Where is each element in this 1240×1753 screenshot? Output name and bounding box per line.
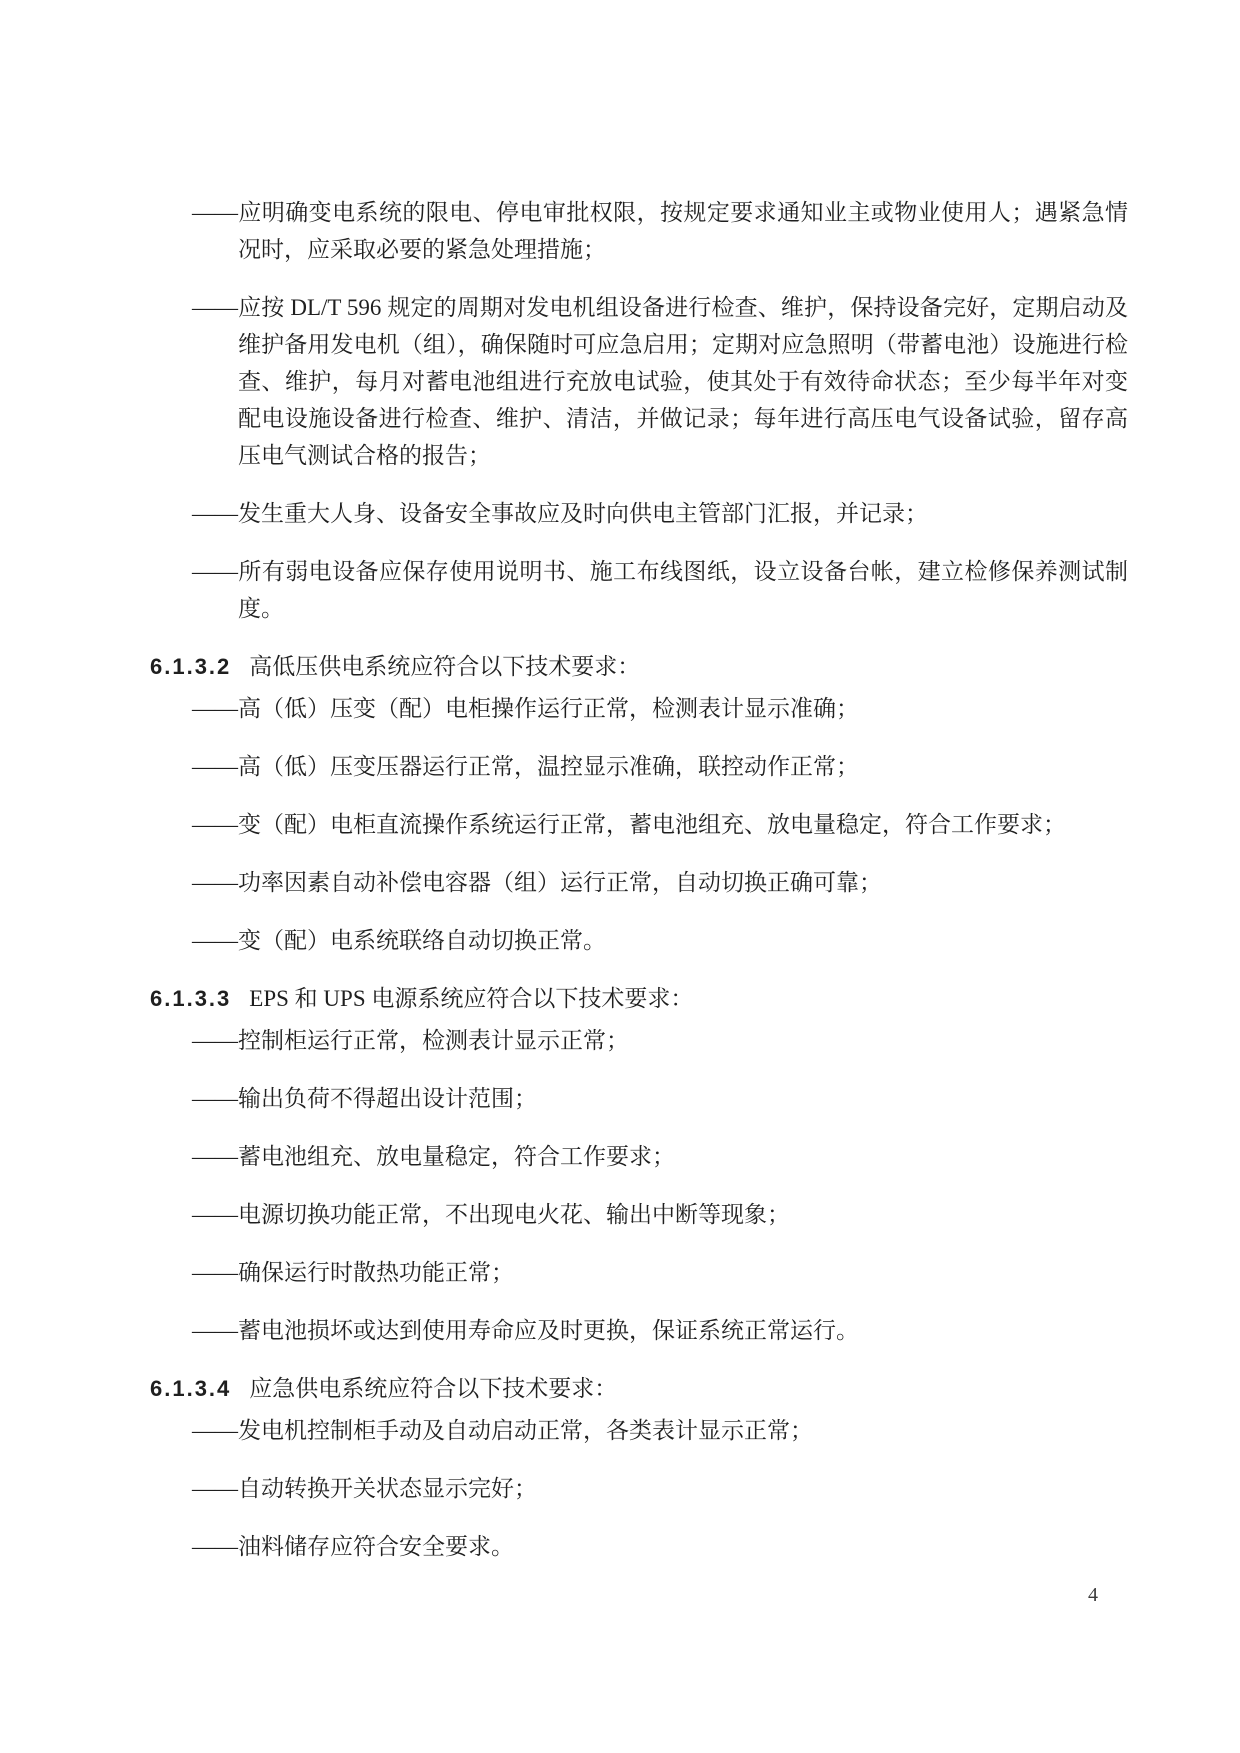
- list-item: ——确保运行时散热功能正常；: [192, 1254, 1128, 1291]
- document-page: ——应明确变电系统的限电、停电审批权限，按规定要求通知业主或物业使用人；遇紧急情…: [0, 0, 1240, 1753]
- section-number: 6.1.3.3: [150, 986, 231, 1011]
- section-number: 6.1.3.2: [150, 654, 231, 679]
- list-item: ——所有弱电设备应保存使用说明书、施工布线图纸，设立设备台帐，建立检修保养测试制…: [192, 553, 1128, 627]
- list-item: ——高（低）压变压器运行正常，温控显示准确，联控动作正常；: [192, 748, 1128, 785]
- list-item: ——应明确变电系统的限电、停电审批权限，按规定要求通知业主或物业使用人；遇紧急情…: [192, 194, 1128, 268]
- list-item: ——高（低）压变（配）电柜操作运行正常，检测表计显示准确；: [192, 690, 1128, 727]
- list-item: ——发生重大人身、设备安全事故应及时向供电主管部门汇报，并记录；: [192, 495, 1128, 532]
- heading-6-1-3-2: 6.1.3.2高低压供电系统应符合以下技术要求：: [150, 648, 1128, 685]
- section-number: 6.1.3.4: [150, 1376, 231, 1401]
- list-item: ——发电机控制柜手动及自动启动正常，各类表计显示正常；: [192, 1412, 1128, 1449]
- section-title: 应急供电系统应符合以下技术要求：: [249, 1376, 617, 1401]
- list-item: ——应按 DL/T 596 规定的周期对发电机组设备进行检查、维护，保持设备完好…: [192, 289, 1128, 474]
- list-item: ——输出负荷不得超出设计范围；: [192, 1080, 1128, 1117]
- list-item: ——蓄电池组充、放电量稳定，符合工作要求；: [192, 1138, 1128, 1175]
- list-item: ——功率因素自动补偿电容器（组）运行正常，自动切换正确可靠；: [192, 864, 1128, 901]
- document-body: ——应明确变电系统的限电、停电审批权限，按规定要求通知业主或物业使用人；遇紧急情…: [150, 194, 1128, 1565]
- list-item: ——电源切换功能正常，不出现电火花、输出中断等现象；: [192, 1196, 1128, 1233]
- section-title: 高低压供电系统应符合以下技术要求：: [249, 654, 640, 679]
- page-number: 4: [1088, 1583, 1098, 1607]
- list-item: ——变（配）电系统联络自动切换正常。: [192, 922, 1128, 959]
- list-item: ——控制柜运行正常，检测表计显示正常；: [192, 1022, 1128, 1059]
- list-item: ——油料储存应符合安全要求。: [192, 1528, 1128, 1565]
- list-item: ——蓄电池损坏或达到使用寿命应及时更换，保证系统正常运行。: [192, 1312, 1128, 1349]
- list-item: ——自动转换开关状态显示完好；: [192, 1470, 1128, 1507]
- list-item: ——变（配）电柜直流操作系统运行正常，蓄电池组充、放电量稳定，符合工作要求；: [192, 806, 1128, 843]
- section-title: EPS 和 UPS 电源系统应符合以下技术要求：: [249, 986, 693, 1011]
- heading-6-1-3-4: 6.1.3.4应急供电系统应符合以下技术要求：: [150, 1370, 1128, 1407]
- heading-6-1-3-3: 6.1.3.3EPS 和 UPS 电源系统应符合以下技术要求：: [150, 980, 1128, 1017]
